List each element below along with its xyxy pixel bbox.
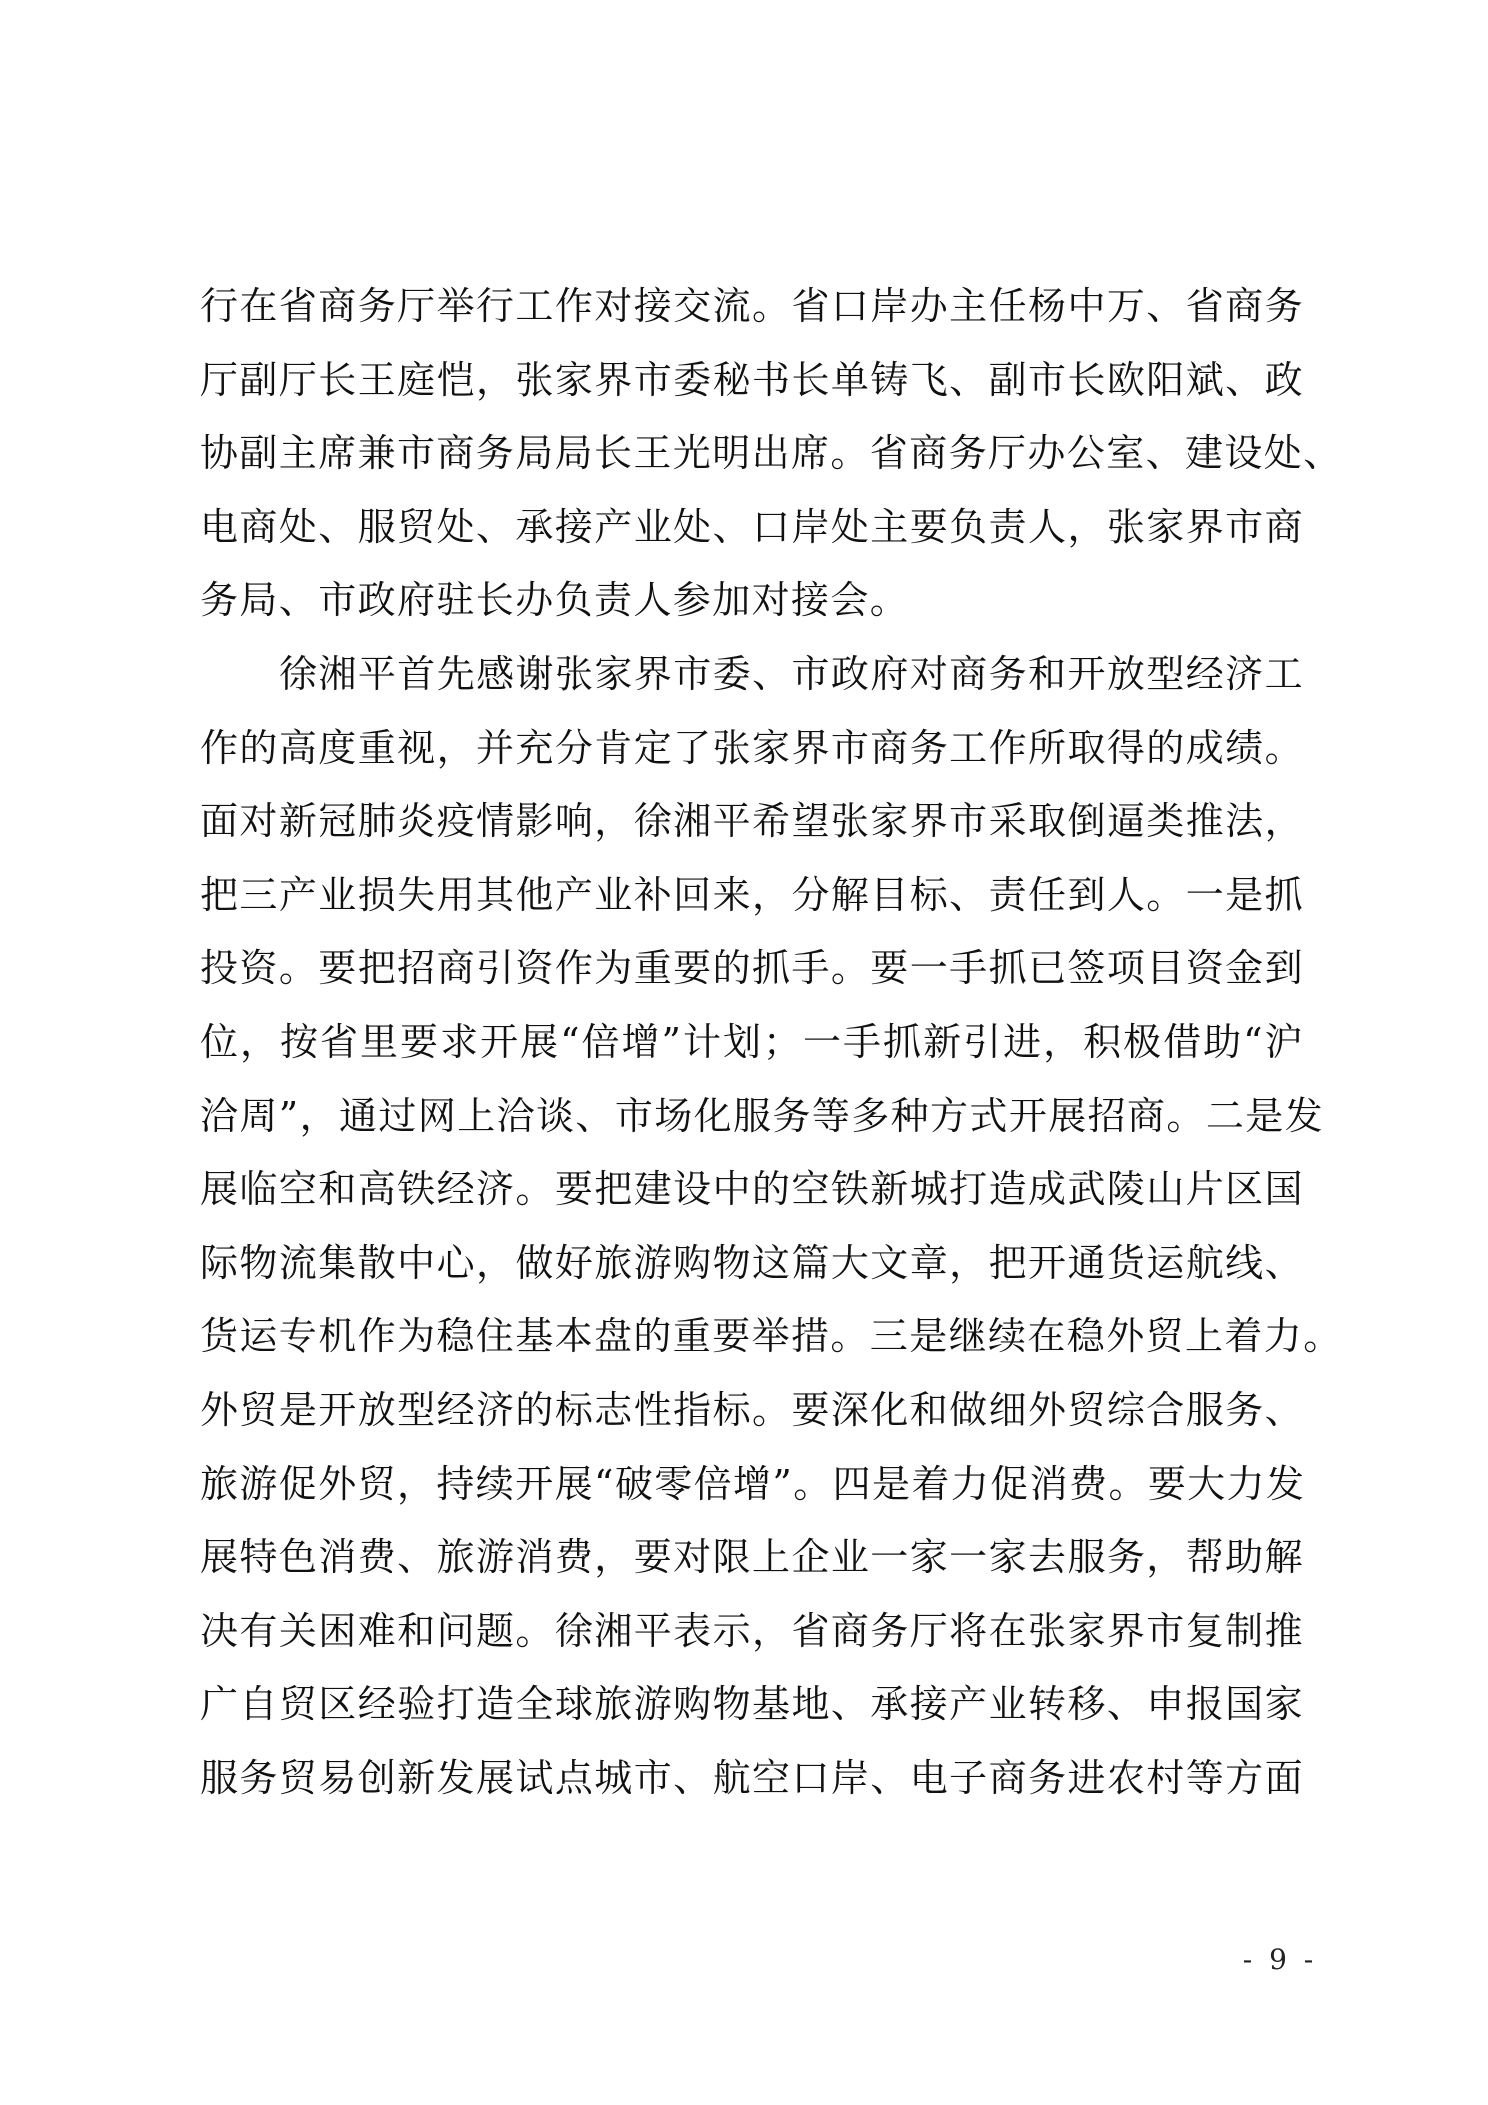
text-line: 货运专机作为稳住基本盘的重要举措。三是继续在稳外贸上着力。 (200, 1300, 1304, 1374)
text-line: 行在省商务厅举行工作对接交流。省口岸办主任杨中万、省商务 (200, 270, 1304, 344)
text-line: 外贸是开放型经济的标志性指标。要深化和做细外贸综合服务、 (200, 1374, 1304, 1448)
text-line: 展临空和高铁经济。要把建设中的空铁新城打造成武陵山片区国 (200, 1153, 1304, 1227)
text-line: 作的高度重视，并充分肯定了张家界市商务工作所取得的成绩。 (200, 712, 1304, 786)
paragraph-2: 徐湘平首先感谢张家界市委、市政府对商务和开放型经济工 作的高度重视，并充分肯定了… (200, 638, 1304, 1816)
text-line: 把三产业损失用其他产业补回来，分解目标、责任到人。一是抓 (200, 859, 1304, 933)
paragraph-1: 行在省商务厅举行工作对接交流。省口岸办主任杨中万、省商务 厅副厅长王庭恺，张家界… (200, 270, 1304, 638)
page-number: - 9 - (1230, 1940, 1330, 1980)
text-line: 旅游促外贸，持续开展“破零倍增”。四是着力促消费。要大力发 (200, 1448, 1304, 1522)
text-line: 协副主席兼市商务局局长王光明出席。省商务厅办公室、建设处、 (200, 417, 1304, 491)
text-line: 展特色消费、旅游消费，要对限上企业一家一家去服务，帮助解 (200, 1521, 1304, 1595)
text-line: 务局、市政府驻长办负责人参加对接会。 (200, 564, 1304, 638)
text-line: 际物流集散中心，做好旅游购物这篇大文章，把开通货运航线、 (200, 1227, 1304, 1301)
text-line: 决有关困难和问题。徐湘平表示，省商务厅将在张家界市复制推 (200, 1595, 1304, 1669)
text-line: 面对新冠肺炎疫情影响，徐湘平希望张家界市采取倒逼类推法， (200, 785, 1304, 859)
document-body: 行在省商务厅举行工作对接交流。省口岸办主任杨中万、省商务 厅副厅长王庭恺，张家界… (200, 270, 1304, 1815)
text-line: 位，按省里要求开展“倍增”计划；一手抓新引进，积极借助“沪 (200, 1006, 1304, 1080)
text-line: 洽周”，通过网上洽谈、市场化服务等多种方式开展招商。二是发 (200, 1080, 1304, 1154)
text-line: 徐湘平首先感谢张家界市委、市政府对商务和开放型经济工 (200, 638, 1304, 712)
text-line: 投资。要把招商引资作为重要的抓手。要一手抓已签项目资金到 (200, 932, 1304, 1006)
text-line: 电商处、服贸处、承接产业处、口岸处主要负责人，张家界市商 (200, 491, 1304, 565)
text-line: 服务贸易创新发展试点城市、航空口岸、电子商务进农村等方面 (200, 1742, 1304, 1816)
document-page: 行在省商务厅举行工作对接交流。省口岸办主任杨中万、省商务 厅副厅长王庭恺，张家界… (0, 0, 1488, 2105)
text-line: 广自贸区经验打造全球旅游购物基地、承接产业转移、申报国家 (200, 1668, 1304, 1742)
text-line: 厅副厅长王庭恺，张家界市委秘书长单铸飞、副市长欧阳斌、政 (200, 344, 1304, 418)
